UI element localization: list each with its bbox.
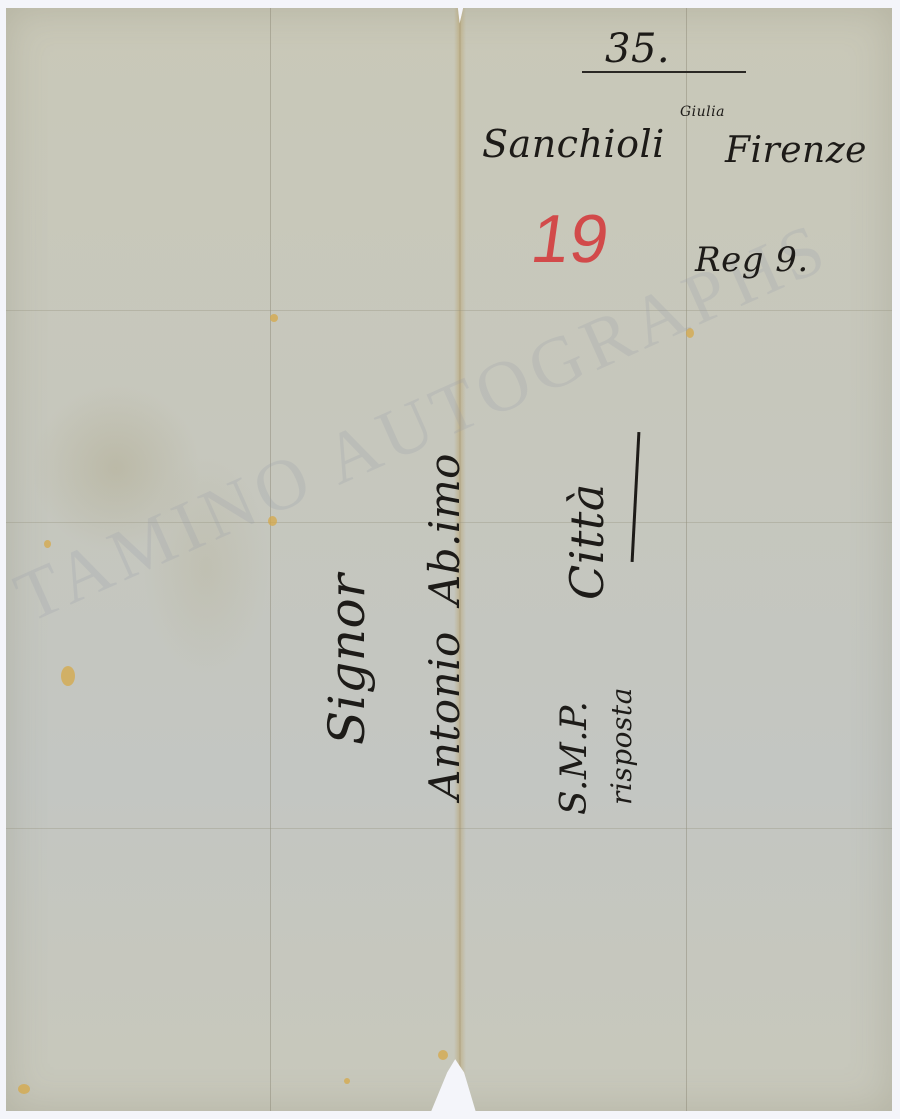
- address-salutation: Signor: [318, 574, 376, 745]
- foxing-spot: [438, 1050, 448, 1060]
- reference-number: 35.: [605, 26, 670, 72]
- address-city: Città: [560, 483, 614, 600]
- foxing-spot: [270, 314, 278, 322]
- foxing-spot: [18, 1084, 30, 1094]
- reference-underline: [582, 71, 746, 73]
- red-pencil-mark: 19: [527, 200, 615, 278]
- fold-line-horizontal: [6, 828, 892, 829]
- foxing-spot: [344, 1078, 350, 1084]
- sender-given-name: Giulia: [680, 104, 725, 120]
- fold-line-vertical: [270, 8, 271, 1111]
- addressee-first-name: Antonio: [420, 631, 469, 800]
- sender-city: Firenze: [725, 130, 867, 171]
- addressee-name: AntonioAb.imo: [420, 453, 469, 800]
- fold-line-vertical: [686, 8, 687, 1111]
- foxing-spot: [61, 666, 75, 686]
- registry-note: Reg 9.: [695, 240, 809, 280]
- addressee-surname: Ab.imo: [420, 453, 469, 605]
- delivery-note: S.M.P.: [554, 701, 595, 816]
- sender-surname: Sanchioli: [482, 122, 665, 166]
- reply-note: risposta: [605, 687, 638, 805]
